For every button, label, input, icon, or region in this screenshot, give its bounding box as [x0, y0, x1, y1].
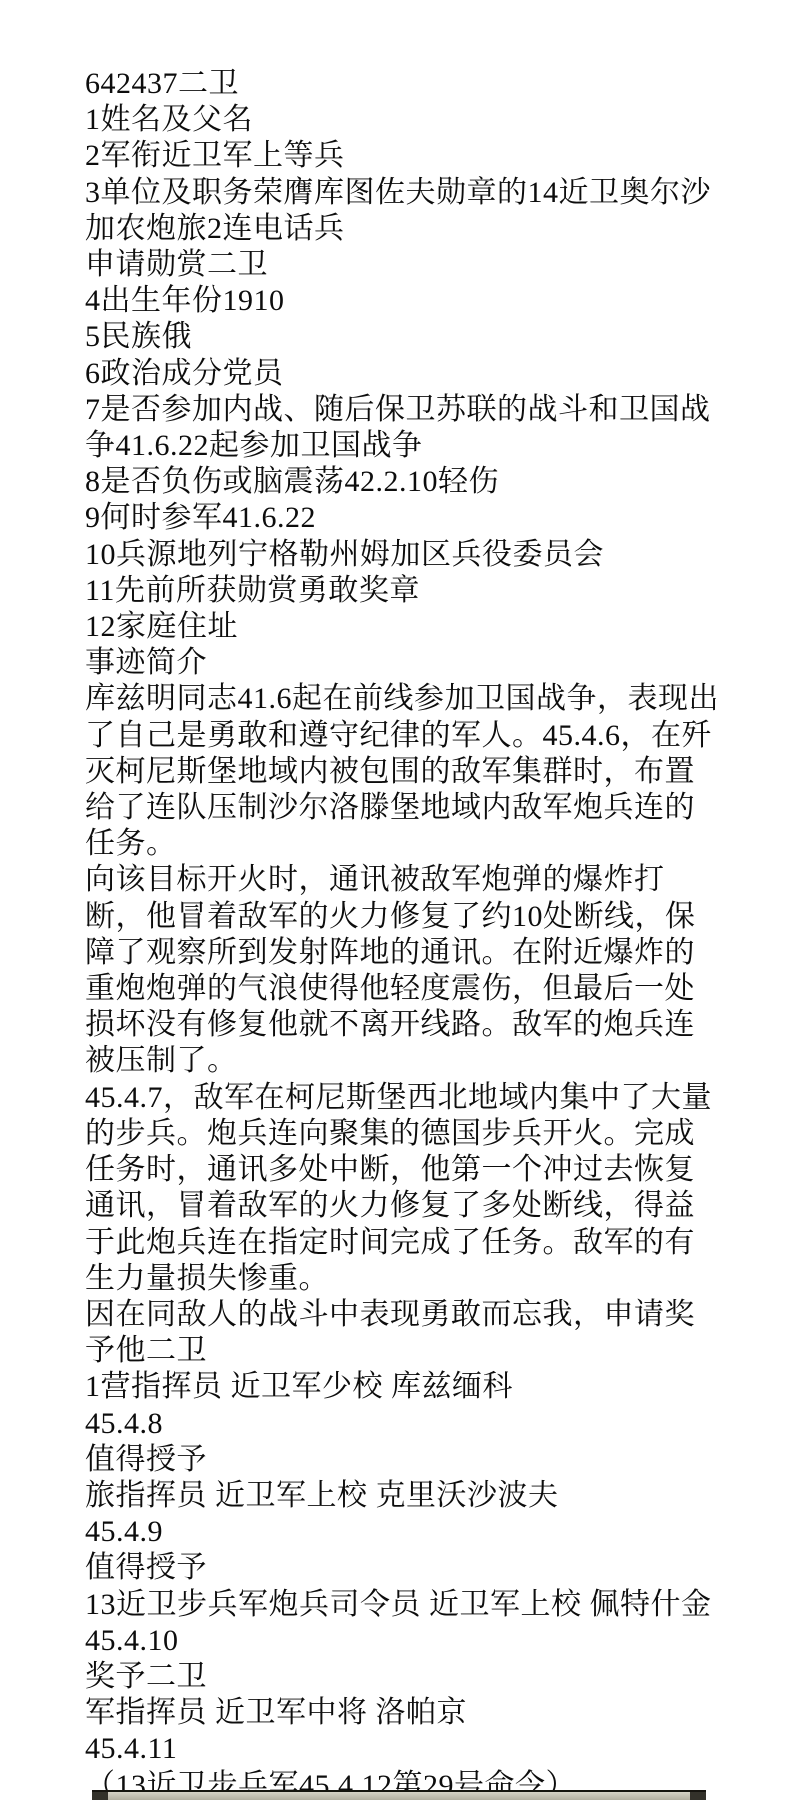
- text-line: 5民族俄: [85, 319, 765, 355]
- text-line: 4出生年份1910: [85, 283, 765, 319]
- text-line: 灭柯尼斯堡地域内被包围的敌军集群时，布置: [85, 754, 765, 790]
- document-page: 642437二卫1姓名及父名2军衔近卫军上等兵3单位及职务荣膺库图佐夫勋章的14…: [0, 0, 802, 1800]
- text-line: 12家庭住址: [85, 609, 765, 645]
- text-line: 加农炮旅2连电话兵: [85, 211, 765, 247]
- text-line: 值得授予: [85, 1442, 765, 1478]
- document-text: 642437二卫1姓名及父名2军衔近卫军上等兵3单位及职务荣膺库图佐夫勋章的14…: [85, 66, 765, 1800]
- text-line: 争41.6.22起参加卫国战争: [85, 428, 765, 464]
- text-line: 6政治成分党员: [85, 356, 765, 392]
- text-line: 45.4.8: [85, 1406, 765, 1442]
- scan-edge-right-corner: [690, 1792, 706, 1800]
- text-line: 旅指挥员 近卫军上校 克里沃沙波夫: [85, 1478, 765, 1514]
- text-line: 申请勋赏二卫: [85, 247, 765, 283]
- text-line: 生力量损失惨重。: [85, 1261, 765, 1297]
- text-line: 1营指挥员 近卫军少校 库兹缅科: [85, 1369, 765, 1405]
- text-line: 的步兵。炮兵连向聚集的德国步兵开火。完成: [85, 1116, 765, 1152]
- text-line: 45.4.7，敌军在柯尼斯堡西北地域内集中了大量: [85, 1080, 765, 1116]
- text-line: 任务时，通讯多处中断，他第一个冲过去恢复: [85, 1152, 765, 1188]
- text-line: 任务。: [85, 826, 765, 862]
- text-line: 1姓名及父名: [85, 102, 765, 138]
- text-line: 通讯，冒着敌军的火力修复了多处断线，得益: [85, 1188, 765, 1224]
- text-line: 8是否负伤或脑震荡42.2.10轻伤: [85, 464, 765, 500]
- text-line: 了自己是勇敢和遵守纪律的军人。45.4.6，在歼: [85, 718, 765, 754]
- text-line: 13近卫步兵军炮兵司令员 近卫军上校 佩特什金: [85, 1587, 765, 1623]
- text-line: 给了连队压制沙尔洛滕堡地域内敌军炮兵连的: [85, 790, 765, 826]
- text-line: 3单位及职务荣膺库图佐夫勋章的14近卫奥尔沙: [85, 175, 765, 211]
- text-line: 值得授予: [85, 1550, 765, 1586]
- text-line: 10兵源地列宁格勒州姆加区兵役委员会: [85, 537, 765, 573]
- text-line: 重炮炮弹的气浪使得他轻度震伤，但最后一处: [85, 971, 765, 1007]
- text-line: 45.4.9: [85, 1514, 765, 1550]
- text-line: 损坏没有修复他就不离开线路。敌军的炮兵连: [85, 1007, 765, 1043]
- text-line: 被压制了。: [85, 1043, 765, 1079]
- text-line: 断，他冒着敌军的火力修复了约10处断线，保: [85, 899, 765, 935]
- text-line: 事迹简介: [85, 645, 765, 681]
- text-line: 因在同敌人的战斗中表现勇敢而忘我，申请奖: [85, 1297, 765, 1333]
- text-line: 奖予二卫: [85, 1659, 765, 1695]
- text-line: 于此炮兵连在指定时间完成了任务。敌军的有: [85, 1225, 765, 1261]
- text-line: 642437二卫: [85, 66, 765, 102]
- text-line: 7是否参加内战、随后保卫苏联的战斗和卫国战: [85, 392, 765, 428]
- text-line: 军指挥员 近卫军中将 洛帕京: [85, 1695, 765, 1731]
- scanned-page-top-edge: [92, 1790, 706, 1800]
- text-line: 2军衔近卫军上等兵: [85, 138, 765, 174]
- text-line: 向该目标开火时，通讯被敌军炮弹的爆炸打: [85, 862, 765, 898]
- text-line: 45.4.11: [85, 1731, 765, 1767]
- text-line: 库兹明同志41.6起在前线参加卫国战争，表现出: [85, 681, 765, 717]
- text-line: 9何时参军41.6.22: [85, 500, 765, 536]
- text-line: 45.4.10: [85, 1623, 765, 1659]
- scan-edge-left-corner: [92, 1792, 108, 1800]
- text-line: 障了观察所到发射阵地的通讯。在附近爆炸的: [85, 935, 765, 971]
- text-line: 11先前所获勋赏勇敢奖章: [85, 573, 765, 609]
- text-line: 予他二卫: [85, 1333, 765, 1369]
